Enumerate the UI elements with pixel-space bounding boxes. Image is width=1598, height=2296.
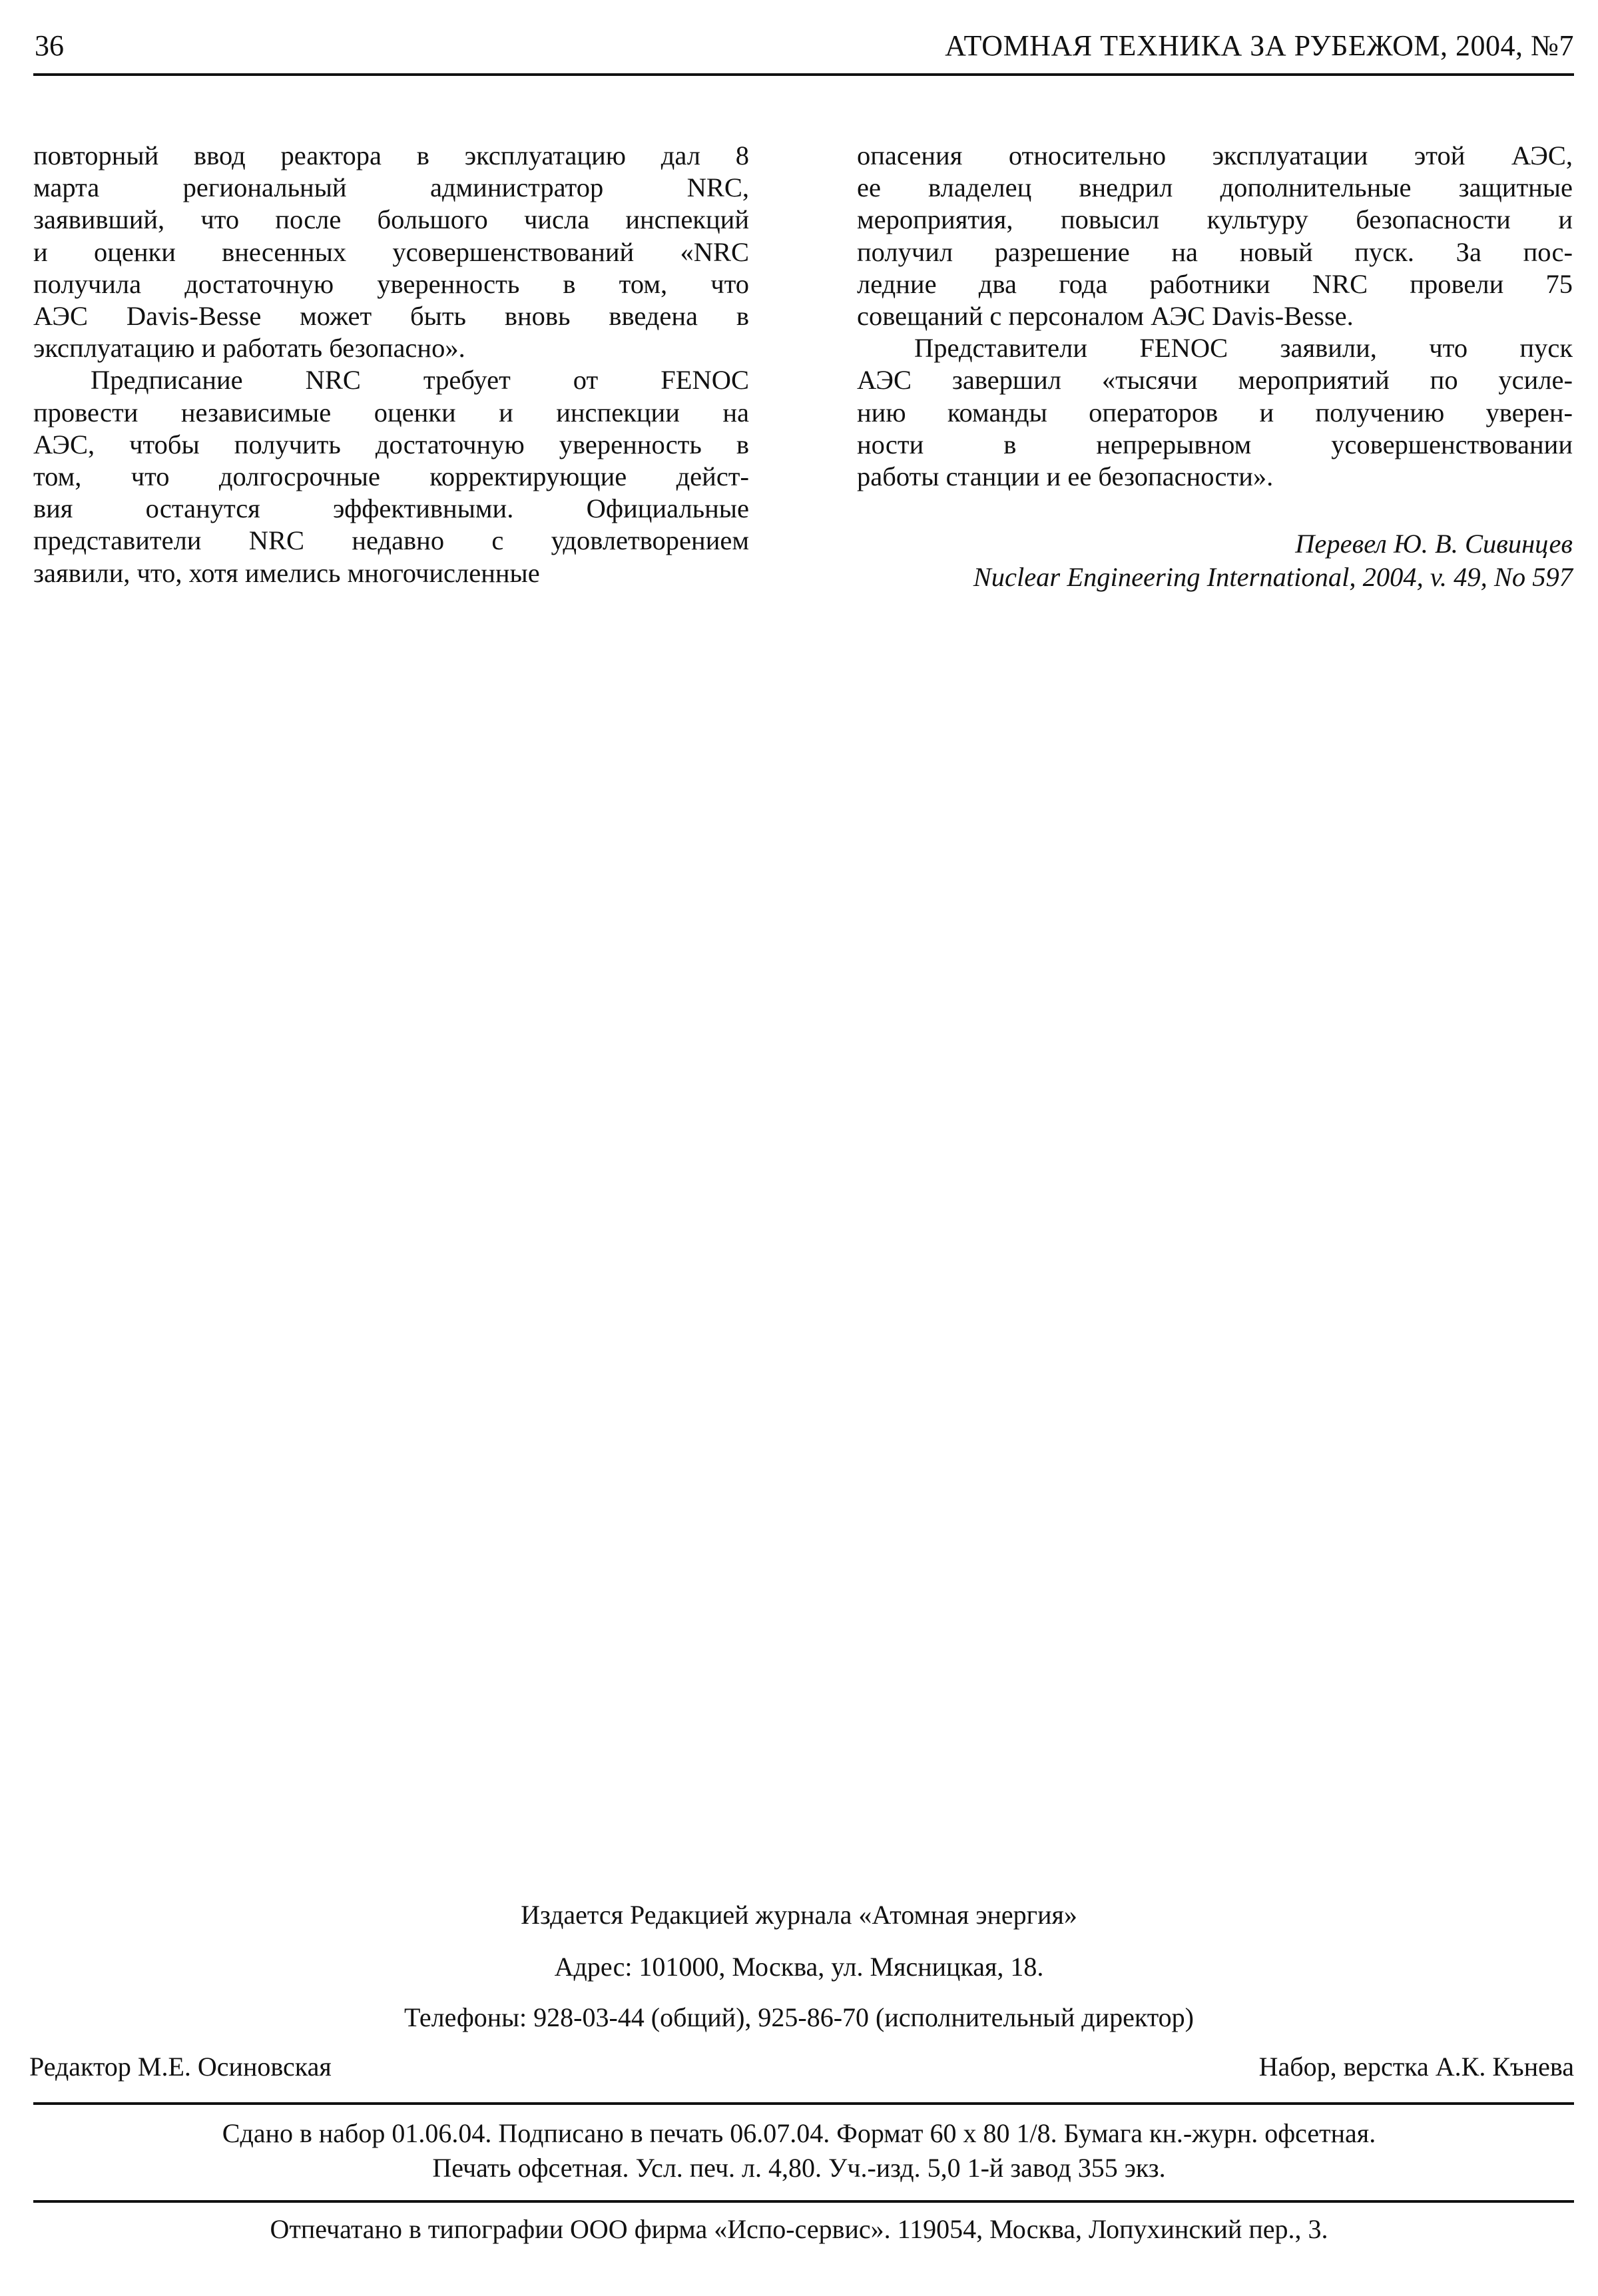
text-line: АЭС, чтобы получить достаточную уверенно… [33, 429, 749, 461]
attribution: Перевел Ю. В. СивинцевNuclear Engineerin… [857, 527, 1573, 594]
page-number: 36 [35, 28, 64, 64]
imprint-address: Адрес: 101000, Москва, ул. Мясницкая, 18… [0, 1951, 1598, 1983]
header-rule [33, 73, 1574, 76]
text-line: марта региональный администратор NRC, [33, 172, 749, 204]
printer-info: Отпечатано в типографии ООО фирма «Испо-… [0, 2213, 1598, 2245]
text-line: вия останутся эффективными. Официальные [33, 493, 749, 525]
text-line: заявивший, что после большого числа инсп… [33, 204, 749, 236]
text-line: Предписание NRC требует от FENOC [33, 364, 749, 396]
imprint-credits: Редактор М.Е. Осиновская Набор, верстка … [29, 2051, 1574, 2083]
text-line: АЭС Davis-Besse может быть вновь введена… [33, 300, 749, 332]
imprint-publisher: Издается Редакцией журнала «Атомная энер… [0, 1899, 1598, 1931]
paragraph: повторный ввод реактора в эксплуатацию д… [33, 140, 749, 364]
footer-rule-1 [33, 2102, 1574, 2105]
text-line: Представители FENOC заявили, что пуск [857, 332, 1573, 364]
footer-rule-2 [33, 2200, 1574, 2203]
running-head: АТОМНАЯ ТЕХНИКА ЗА РУБЕЖОМ, 2004, №7 [945, 28, 1574, 64]
left-column: повторный ввод реактора в эксплуатацию д… [33, 140, 749, 589]
text-line: повторный ввод реактора в эксплуатацию д… [33, 140, 749, 172]
paragraph: Представители FENOC заявили, что пускАЭС… [857, 332, 1573, 493]
text-line: работы станции и ее безопасности». [857, 461, 1573, 493]
print-details-line-2: Печать офсетная. Усл. печ. л. 4,80. Уч.-… [0, 2152, 1598, 2184]
print-details-line-1: Сдано в набор 01.06.04. Подписано в печа… [0, 2118, 1598, 2150]
paragraph: опасения относительно эксплуатации этой … [857, 140, 1573, 332]
text-line: опасения относительно эксплуатации этой … [857, 140, 1573, 172]
text-line: мероприятия, повысил культуру безопаснос… [857, 204, 1573, 236]
text-line: эксплуатацию и работать безопасно». [33, 332, 749, 364]
editor-credit: Редактор М.Е. Осиновская [29, 2051, 332, 2083]
right-column: опасения относительно эксплуатации этой … [857, 140, 1573, 594]
text-line: и оценки внесенных усовершенствований «N… [33, 236, 749, 268]
translator-credit: Перевел Ю. В. Сивинцев [857, 527, 1573, 561]
text-line: получил разрешение на новый пуск. За пос… [857, 236, 1573, 268]
text-line: представители NRC недавно с удовлетворен… [33, 525, 749, 557]
text-line: ледние два года работники NRC провели 75 [857, 268, 1573, 300]
text-line: ности в непрерывном усовершенствовании [857, 429, 1573, 461]
text-line: нию команды операторов и получению увере… [857, 397, 1573, 429]
paragraph: Предписание NRC требует от FENOCпровести… [33, 364, 749, 589]
text-line: ее владелец внедрил дополнительные защит… [857, 172, 1573, 204]
imprint-phones: Телефоны: 928-03-44 (общий), 925-86-70 (… [0, 2002, 1598, 2034]
text-line: получила достаточную уверенность в том, … [33, 268, 749, 300]
text-line: том, что долгосрочные корректирующие дей… [33, 461, 749, 493]
layout-credit: Набор, верстка А.К. Кънева [1259, 2051, 1574, 2083]
source-citation: Nuclear Engineering International, 2004,… [857, 561, 1573, 594]
text-line: совещаний с персоналом АЭС Davis-Besse. [857, 300, 1573, 332]
text-line: провести независимые оценки и инспекции … [33, 397, 749, 429]
text-line: АЭС завершил «тысячи мероприятий по усил… [857, 364, 1573, 396]
text-line: заявили, что, хотя имелись многочисленны… [33, 557, 749, 589]
